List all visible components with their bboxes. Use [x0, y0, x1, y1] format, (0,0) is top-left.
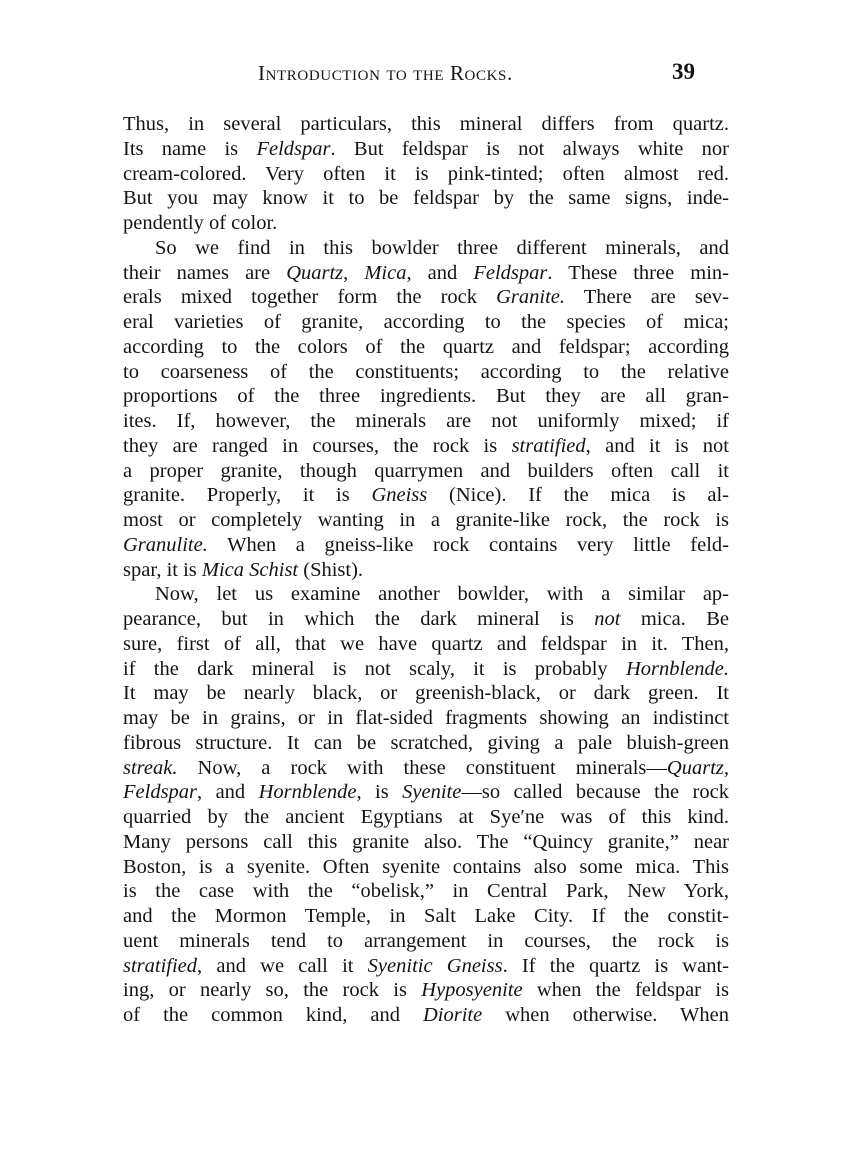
text-line: may be in grains, or in flat-sided fragm… — [123, 706, 729, 731]
text-run: , and it is not — [586, 435, 729, 457]
body-text: Thus, in several particulars, this miner… — [123, 112, 729, 1028]
text-line: It may be nearly black, or greenish-blac… — [123, 681, 729, 706]
text-line: according to the colors of the quartz an… — [123, 335, 729, 360]
text-run: pendently of color. — [123, 212, 277, 234]
text-run: . If the quartz is want- — [503, 955, 729, 977]
text-line: stratified, and we call it Syenitic Gnei… — [123, 954, 729, 979]
text-line: cream-colored. Very often it is pink-tin… — [123, 162, 729, 187]
book-page: Introduction to the Rocks. 39 Thus, in s… — [0, 0, 850, 1150]
text-line: Granulite. When a gneiss-like rock conta… — [123, 533, 729, 558]
text-run: , — [343, 262, 364, 284]
text-run: Now, a rock with these constituent miner… — [177, 757, 666, 779]
text-run: proportions of the three ingredients. Bu… — [123, 385, 729, 407]
text-line: if the dark mineral is not scaly, it is … — [123, 657, 729, 682]
text-line: Feldspar, and Hornblende, is Syenite—so … — [123, 780, 729, 805]
text-run: Boston, is a syenite. Often syenite cont… — [123, 856, 729, 878]
text-run: to coarseness of the constituents; accor… — [123, 361, 729, 383]
italic-term: Diorite — [423, 1004, 482, 1026]
text-run: ing, or nearly so, the rock is — [123, 979, 421, 1001]
italic-term: Granite. — [496, 286, 565, 308]
italic-term: stratified — [123, 955, 197, 977]
text-run: , and — [406, 262, 473, 284]
text-line: erals mixed together form the rock Grani… — [123, 285, 729, 310]
text-run: when the feldspar is — [523, 979, 729, 1001]
text-line: fibrous structure. It can be scratched, … — [123, 731, 729, 756]
text-line: Its name is Feldspar. But feldspar is no… — [123, 137, 729, 162]
text-line: most or completely wanting in a granite-… — [123, 508, 729, 533]
running-head-title: Introduction to the Rocks. — [258, 61, 513, 86]
text-run: Its name is — [123, 138, 256, 160]
italic-term: stratified — [512, 435, 586, 457]
text-run: ites. If, however, the minerals are not … — [123, 410, 729, 432]
text-line: streak. Now, a rock with these constitue… — [123, 756, 729, 781]
italic-term: Feldspar — [123, 781, 197, 803]
text-run: they are ranged in courses, the rock is — [123, 435, 512, 457]
text-line: So we find in this bowlder three differe… — [123, 236, 729, 261]
text-line: granite. Properly, it is Gneiss (Nice). … — [123, 483, 729, 508]
text-run: When a gneiss-like rock contains very li… — [208, 534, 729, 556]
page-number: 39 — [672, 59, 695, 85]
text-run: of the common kind, and — [123, 1004, 423, 1026]
text-run: sure, first of all, that we have quartz … — [123, 633, 729, 655]
text-run: if the dark mineral is not scaly, it is … — [123, 658, 626, 680]
text-run: Thus, in several particulars, this miner… — [123, 113, 729, 135]
text-line: proportions of the three ingredients. Bu… — [123, 384, 729, 409]
text-run: a proper granite, though quarrymen and b… — [123, 460, 729, 482]
text-line: spar, it is Mica Schist (Shist). — [123, 558, 729, 583]
text-run: —so called because the rock — [461, 781, 729, 803]
italic-term: Syenite — [402, 781, 461, 803]
text-run: erals mixed together form the rock — [123, 286, 496, 308]
text-run: . But feldspar is not always white nor — [330, 138, 729, 160]
text-line: and the Mormon Temple, in Salt Lake City… — [123, 904, 729, 929]
text-run: fibrous structure. It can be scratched, … — [123, 732, 729, 754]
text-run: granite. Properly, it is — [123, 484, 371, 506]
text-line: sure, first of all, that we have quartz … — [123, 632, 729, 657]
text-run: their names are — [123, 262, 286, 284]
italic-term: Hornblende — [259, 781, 357, 803]
text-line: their names are Quartz, Mica, and Feldsp… — [123, 261, 729, 286]
italic-term: Feldspar — [473, 262, 547, 284]
italic-term: Syenitic Gneiss — [368, 955, 503, 977]
text-run: quarried by the ancient Egyptians at Sye… — [123, 806, 729, 828]
text-run: spar, it is — [123, 559, 202, 581]
text-run: So we find in this bowlder three differe… — [155, 237, 729, 259]
text-line: But you may know it to be feldspar by th… — [123, 186, 729, 211]
text-run: is the case with the “obelisk,” in Centr… — [123, 880, 729, 902]
text-run: (Shist). — [298, 559, 363, 581]
text-line: Many persons call this granite also. The… — [123, 830, 729, 855]
text-run: and the Mormon Temple, in Salt Lake City… — [123, 905, 729, 927]
text-line: pendently of color. — [123, 211, 729, 236]
text-run: . These three min- — [547, 262, 729, 284]
text-run: , and we call it — [197, 955, 368, 977]
text-line: eral varieties of granite, according to … — [123, 310, 729, 335]
text-run: There are sev- — [565, 286, 729, 308]
text-line: Now, let us examine another bowlder, wit… — [123, 582, 729, 607]
text-line: of the common kind, and Diorite when oth… — [123, 1003, 729, 1028]
text-line: quarried by the ancient Egyptians at Sye… — [123, 805, 729, 830]
italic-term: Hyposyenite — [421, 979, 522, 1001]
text-line: they are ranged in courses, the rock is … — [123, 434, 729, 459]
text-run: most or completely wanting in a granite-… — [123, 509, 729, 531]
text-run: , is — [357, 781, 403, 803]
italic-term: Gneiss — [371, 484, 427, 506]
text-line: ing, or nearly so, the rock is Hyposyeni… — [123, 978, 729, 1003]
text-run: pearance, but in which the dark mineral … — [123, 608, 594, 630]
text-line: a proper granite, though quarrymen and b… — [123, 459, 729, 484]
text-run: according to the colors of the quartz an… — [123, 336, 729, 358]
italic-term: Quartz — [286, 262, 343, 284]
text-line: is the case with the “obelisk,” in Centr… — [123, 879, 729, 904]
text-run: uent minerals tend to arrangement in cou… — [123, 930, 729, 952]
text-run: But you may know it to be feldspar by th… — [123, 187, 729, 209]
text-line: Thus, in several particulars, this miner… — [123, 112, 729, 137]
text-run: when otherwise. When — [482, 1004, 729, 1026]
text-line: uent minerals tend to arrangement in cou… — [123, 929, 729, 954]
text-line: pearance, but in which the dark mineral … — [123, 607, 729, 632]
text-run: Many persons call this granite also. The… — [123, 831, 729, 853]
text-run: , and — [197, 781, 259, 803]
text-line: to coarseness of the constituents; accor… — [123, 360, 729, 385]
text-line: Boston, is a syenite. Often syenite cont… — [123, 855, 729, 880]
italic-term: Mica — [364, 262, 406, 284]
italic-term: not — [594, 608, 620, 630]
italic-term: Hornblende. — [626, 658, 729, 680]
text-line: ites. If, however, the minerals are not … — [123, 409, 729, 434]
italic-term: Feldspar — [256, 138, 330, 160]
text-run: Now, let us examine another bowlder, wit… — [155, 583, 729, 605]
italic-term: Granulite. — [123, 534, 208, 556]
text-run: It may be nearly black, or greenish-blac… — [123, 682, 729, 704]
text-run: mica. Be — [620, 608, 729, 630]
text-run: cream-colored. Very often it is pink-tin… — [123, 163, 729, 185]
text-run: eral varieties of granite, according to … — [123, 311, 729, 333]
italic-term: Quartz, — [667, 757, 729, 779]
italic-term: Mica Schist — [202, 559, 298, 581]
italic-term: streak. — [123, 757, 177, 779]
text-run: may be in grains, or in flat-sided fragm… — [123, 707, 729, 729]
text-run: (Nice). If the mica is al- — [427, 484, 729, 506]
